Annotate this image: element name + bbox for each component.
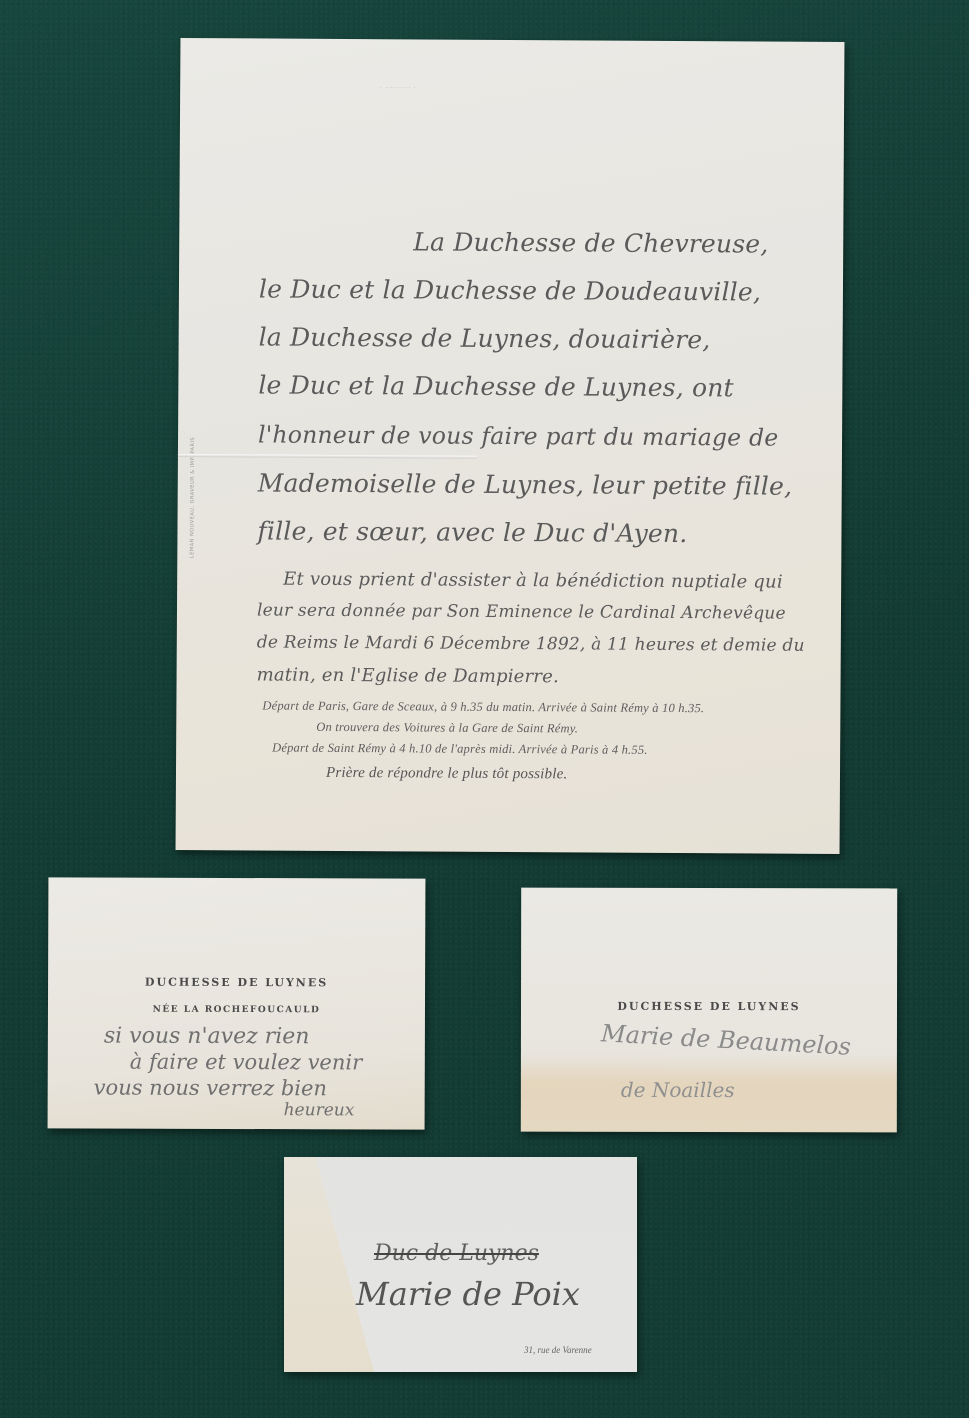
card-engraved-name-struck: Duc de Luynes — [374, 1241, 539, 1266]
announcement-line: la Duchesse de Luynes, douairière, — [259, 322, 711, 354]
card-address: 31, rue de Varenne — [524, 1345, 592, 1355]
travel-line: Départ de Saint Rémy à 4 h.10 de l'après… — [272, 741, 648, 758]
handwritten-line: de Noailles — [621, 1078, 735, 1102]
announcement-line: fille, et sœur, avec le Duc d'Ayen. — [257, 516, 687, 548]
announcement-line: l'honneur de vous faire part du mariage … — [258, 420, 778, 451]
calling-card-duchesse-rochefoucauld: DUCHESSE DE LUYNES NÉE LA ROCHEFOUCAULD … — [48, 877, 426, 1129]
calling-card-duchesse-de-luynes: DUCHESSE DE LUYNES Marie de Beaumelos de… — [521, 888, 897, 1133]
announcement-line: le Duc et la Duchesse de Luynes, ont — [258, 370, 734, 402]
calling-card-duc-de-luynes: Duc de Luynes Marie de Poix 31, rue de V… — [284, 1157, 637, 1372]
top-printer-mark: · ·········· · — [380, 85, 416, 91]
handwritten-line: heureux — [284, 1100, 355, 1120]
invitation-line: matin, en l'Eglise de Dampierre. — [257, 664, 559, 687]
handwritten-line: si vous n'avez rien — [104, 1024, 310, 1050]
invitation-line: Et vous prient d'assister à la bénédicti… — [283, 569, 783, 593]
announcement-line: La Duchesse de Chevreuse, — [413, 227, 768, 258]
card-engraved-name: DUCHESSE DE LUYNES — [521, 1000, 897, 1014]
wedding-announcement-letter: · ·········· · LEMAN NOUVEAU, GRAVEUR & … — [176, 38, 845, 854]
handwritten-line: vous nous verrez bien — [94, 1076, 327, 1101]
card-engraved-subtitle: NÉE LA ROCHEFOUCAULD — [48, 1004, 425, 1015]
invitation-line: leur sera donnée par Son Eminence le Car… — [257, 600, 786, 623]
closing-line: Prière de répondre le plus tôt possible. — [326, 765, 568, 783]
handwritten-line: à faire et voulez venir — [130, 1050, 362, 1075]
announcement-line: Mademoiselle de Luynes, leur petite fill… — [258, 468, 793, 500]
printer-imprint: LEMAN NOUVEAU, GRAVEUR & IMP. PARIS — [189, 437, 196, 558]
travel-line: On trouvera des Voitures à la Gare de Sa… — [316, 720, 578, 737]
invitation-line: de Reims le Mardi 6 Décembre 1892, à 11 … — [257, 632, 805, 655]
travel-line: Départ de Paris, Gare de Sceaux, à 9 h.3… — [262, 698, 704, 716]
handwritten-signature: Marie de Poix — [356, 1275, 580, 1313]
announcement-line: le Duc et la Duchesse de Doudeauville, — [259, 274, 761, 306]
card-engraved-name: DUCHESSE DE LUYNES — [48, 975, 425, 989]
handwritten-line: Marie de Beaumelos — [600, 1019, 851, 1060]
